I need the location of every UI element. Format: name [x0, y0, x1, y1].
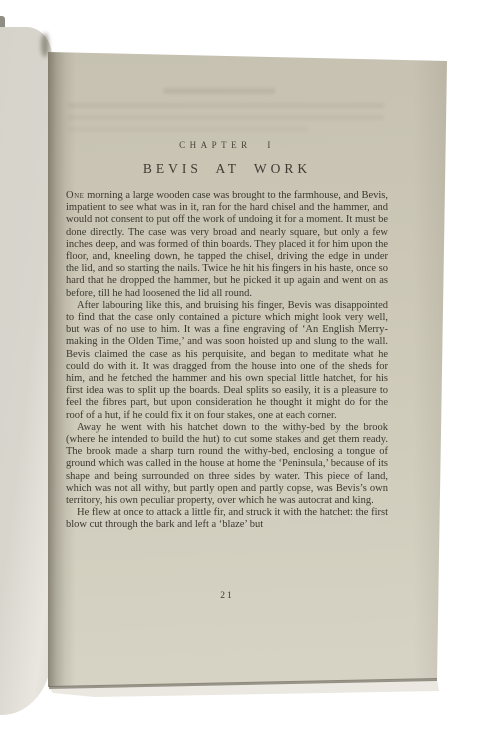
gutter-crease-top: [41, 33, 49, 57]
showthrough-ghost: [68, 115, 384, 120]
showthrough-ghost: [68, 127, 308, 132]
showthrough-ghost: [68, 103, 384, 108]
book-photo: CHAPTER I BEVIS AT WORK One morning a la…: [0, 0, 500, 747]
page-body: One morning a large wooden case was brou…: [66, 190, 388, 532]
left-page-edge: [0, 27, 52, 715]
paragraph-1: One morning a large wooden case was brou…: [66, 190, 388, 300]
chapter-heading: CHAPTER I: [66, 140, 388, 150]
page-number: 21: [66, 591, 388, 601]
chapter-title: BEVIS AT WORK: [66, 161, 388, 177]
right-edge-shade: [413, 55, 447, 683]
paragraph-2: After labouring like this, and bruising …: [66, 300, 388, 422]
paragraph-3: Away he went with his hatchet down to th…: [66, 422, 388, 507]
paragraph-1-text: morning a large wooden case was brought …: [66, 190, 388, 299]
paragraph-1-lead-word: One: [66, 190, 84, 201]
paragraph-4: He flew at once to attack a little fir, …: [66, 507, 388, 531]
book-page: CHAPTER I BEVIS AT WORK One morning a la…: [0, 0, 500, 747]
showthrough-ghost: [163, 88, 275, 94]
